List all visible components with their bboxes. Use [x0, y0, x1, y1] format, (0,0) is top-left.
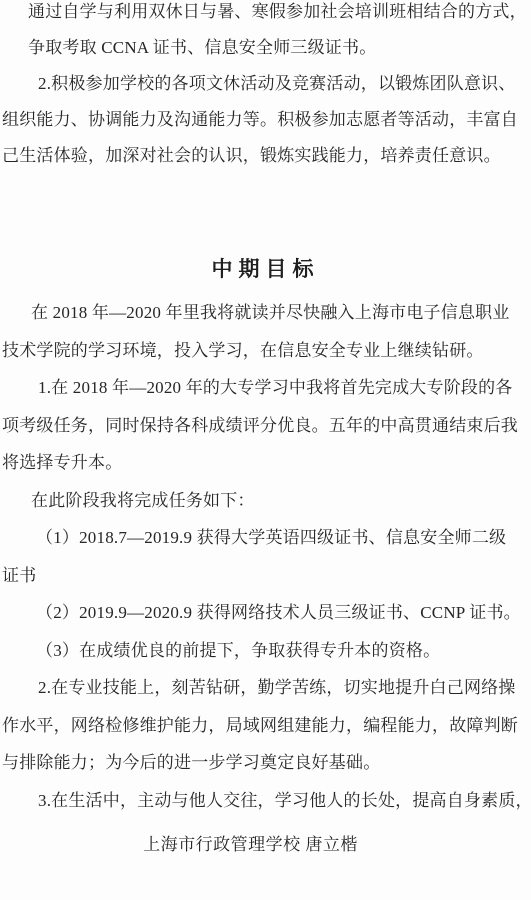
paragraph-study-tasks: 1.在 2018 年—2020 年的大专学习中我将首先完成大专阶段的各项考级任务…	[0, 369, 531, 482]
text-line: 在此阶段我将完成任务如下：	[0, 482, 531, 520]
list-item-2: （2）2019.9—2020.9 获得网络技术人员三级证书、CCNP 证书。	[0, 594, 531, 632]
text-line: 1.在 2018 年—2020 年的大专学习中我将首先完成大专阶段的各	[0, 369, 531, 407]
text-line: 3.在生活中，主动与他人交往，学习他人的长处，提高自身素质，	[0, 782, 531, 820]
paragraph-task-lead-in: 在此阶段我将完成任务如下：	[0, 482, 531, 520]
signature-line: 上海市行政管理学校 唐立楷	[0, 831, 531, 859]
section-after-heading: 在 2018 年—2020 年里我将就读并尽快融入上海市电子信息职业技术学院的学…	[0, 294, 531, 819]
list-item-1: （1）2018.7—2019.9 获得大学英语四级证书、信息安全师二级证书	[0, 519, 531, 594]
paragraph-life: 3.在生活中，主动与他人交往，学习他人的长处，提高自身素质，	[0, 782, 531, 820]
text-line: （3）在成绩优良的前提下，争取获得专升本的资格。	[0, 632, 531, 670]
text-line: 证书	[0, 557, 531, 595]
document-body: 通过自学与利用双休日与暑、寒假参加社会培训班相结合的方式，争取考取 CCNA 证…	[0, 0, 531, 859]
text-line: 通过自学与利用双休日与暑、寒假参加社会培训班相结合的方式，	[0, 0, 531, 30]
text-line: 争取考取 CCNA 证书、信息安全师三级证书。	[0, 30, 531, 66]
text-line: （2）2019.9—2020.9 获得网络技术人员三级证书、CCNP 证书。	[0, 594, 531, 632]
text-line: 组织能力、协调能力及沟通能力等。积极参加志愿者等活动，丰富自	[0, 102, 531, 138]
list-item-3: （3）在成绩优良的前提下，争取获得专升本的资格。	[0, 632, 531, 670]
text-line: 己生活体验，加深对社会的认识，锻炼实践能力，培养责任意识。	[0, 138, 531, 174]
text-line: 2.积极参加学校的各项文休活动及竞赛活动，以锻炼团队意识、	[0, 66, 531, 102]
paragraph-activities: 2.积极参加学校的各项文休活动及竞赛活动，以锻炼团队意识、组织能力、协调能力及沟…	[0, 66, 531, 174]
text-line: 2.在专业技能上，刻苦钻研，勤学苦练，切实地提升白己网络操	[0, 669, 531, 707]
section-before-heading: 通过自学与利用双休日与暑、寒假参加社会培训班相结合的方式，争取考取 CCNA 证…	[0, 0, 531, 174]
text-line: （1）2018.7—2019.9 获得大学英语四级证书、信息安全师二级	[0, 519, 531, 557]
text-line: 在 2018 年—2020 年里我将就读并尽快融入上海市电子信息职业	[0, 294, 531, 332]
paragraph-midgoal-intro: 在 2018 年—2020 年里我将就读并尽快融入上海市电子信息职业技术学院的学…	[0, 294, 531, 369]
paragraph-skills: 2.在专业技能上，刻苦钻研，勤学苦练，切实地提升白己网络操作水平，网络检修维护能…	[0, 669, 531, 782]
text-line: 项考级任务，同时保持各科成绩评分优良。五年的中高贯通结束后我	[0, 407, 531, 445]
text-line: 作水平，网络检修维护能力，局域网组建能力，编程能力，故障判断	[0, 707, 531, 745]
section-heading: 中期目标	[0, 246, 531, 292]
text-line: 将选择专升本。	[0, 444, 531, 482]
text-line: 与排除能力；为今后的进一步学习奠定良好基础。	[0, 744, 531, 782]
text-line: 技术学院的学习环境，投入学习，在信息安全专业上继续钻研。	[0, 332, 531, 370]
paragraph-carryover: 通过自学与利用双休日与暑、寒假参加社会培训班相结合的方式，争取考取 CCNA 证…	[0, 0, 531, 66]
document-page: 通过自学与利用双休日与暑、寒假参加社会培训班相结合的方式，争取考取 CCNA 证…	[0, 0, 531, 900]
